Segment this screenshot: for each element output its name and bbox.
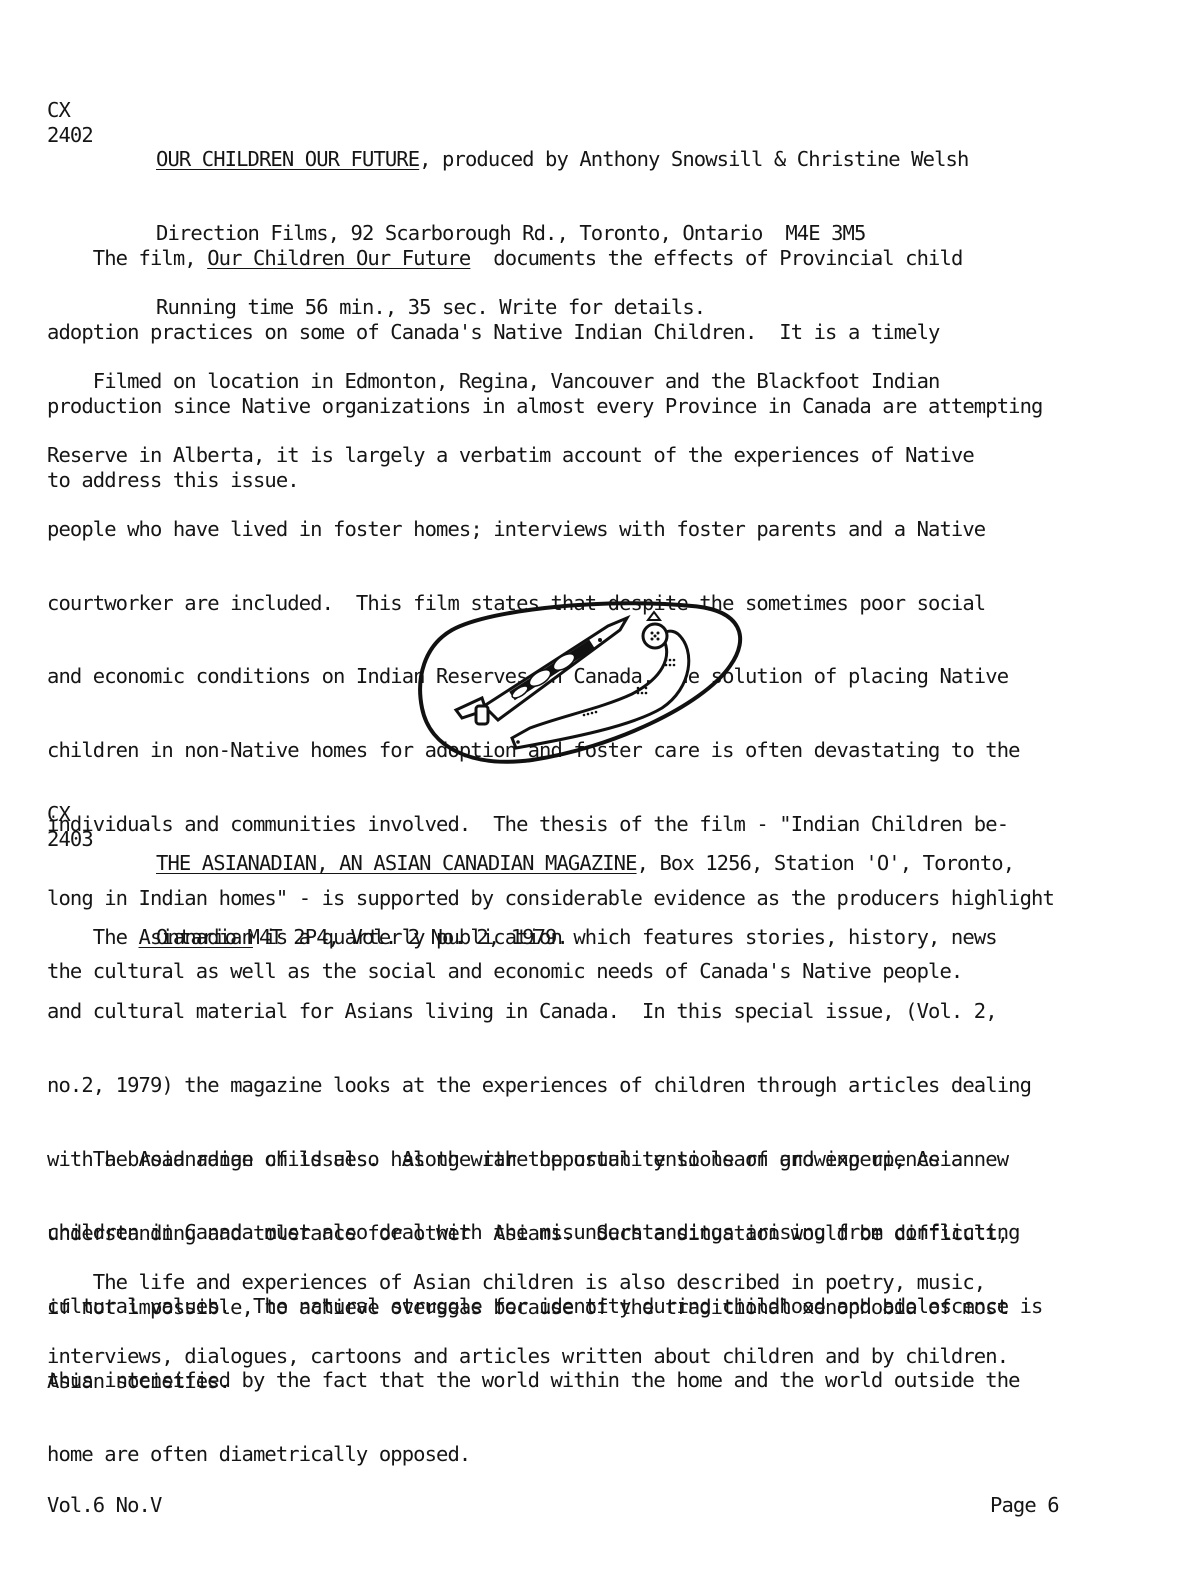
- text-run: documents the effects of Provincial chil…: [470, 246, 962, 270]
- text-line: no.2, 1979) the magazine looks at the ex…: [47, 1073, 1157, 1098]
- entry-code-number: 2402: [47, 123, 93, 148]
- text-line: home are often diametrically opposed.: [47, 1442, 1157, 1467]
- film-title-reference: Our Children Our Future: [207, 246, 470, 270]
- text-line: people who have lived in foster homes; i…: [47, 517, 1157, 542]
- text-line: and cultural material for Asians living …: [47, 999, 1157, 1024]
- text-line: The life and experiences of Asian childr…: [47, 1270, 1157, 1295]
- text-line: Reserve in Alberta, it is largely a verb…: [47, 443, 1157, 468]
- entry-producer: , produced by Anthony Snowsill & Christi…: [419, 147, 968, 171]
- entry-code-prefix: CX: [47, 802, 93, 827]
- entry-address: , Box 1256, Station 'O', Toronto,: [637, 851, 1015, 875]
- entry-2403-paragraph-3: The life and experiences of Asian childr…: [47, 1221, 1157, 1393]
- entry-code-2403: CX 2403: [47, 802, 93, 851]
- text-run: The film,: [47, 246, 207, 270]
- text-line: interviews, dialogues, cartoons and arti…: [47, 1344, 1157, 1369]
- entry-code-number: 2403: [47, 827, 93, 852]
- text-line: Filmed on location in Edmonton, Regina, …: [47, 369, 1157, 394]
- entry-title: OUR CHILDREN OUR FUTURE: [156, 147, 419, 171]
- entry-title: THE ASIANADIAN, AN ASIAN CANADIAN MAGAZI…: [156, 851, 637, 875]
- text-line: The Asianadian child also has the rare o…: [47, 1147, 1157, 1172]
- native-pipe-illustration-icon: [412, 588, 752, 768]
- magazine-title-reference: Asianadian: [139, 925, 253, 949]
- entry-code-2402: CX 2402: [47, 98, 93, 147]
- footer-issue: Vol.6 No.V: [47, 1493, 161, 1517]
- text-run: is a quarterly publication which feature…: [253, 925, 997, 949]
- footer-page-number: Page 6: [990, 1493, 1059, 1517]
- entry-code-prefix: CX: [47, 98, 93, 123]
- text-run: The: [47, 925, 139, 949]
